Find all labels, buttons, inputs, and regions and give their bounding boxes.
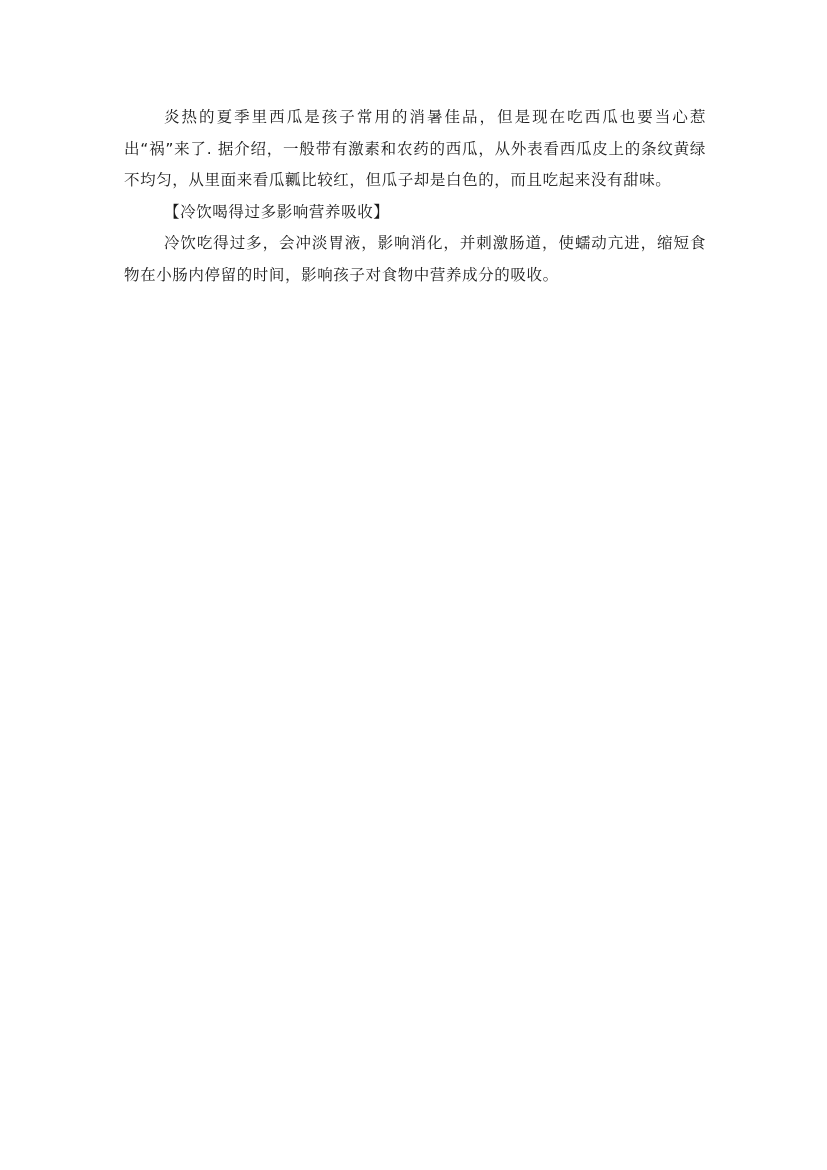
section-heading-cold-drinks: 【冷饮喝得过多影响营养吸收】	[124, 197, 706, 229]
paragraph-watermelon: 炎热的夏季里西瓜是孩子常用的消暑佳品，但是现在吃西瓜也要当心惹出“祸”来了. 据…	[124, 102, 706, 197]
paragraph-cold-drinks: 冷饮吃得过多，会冲淡胃液，影响消化，并刺激肠道，使蠕动亢进，缩短食物在小肠内停留…	[124, 228, 706, 291]
document-page: 炎热的夏季里西瓜是孩子常用的消暑佳品，但是现在吃西瓜也要当心惹出“祸”来了. 据…	[0, 0, 827, 1170]
document-body: 炎热的夏季里西瓜是孩子常用的消暑佳品，但是现在吃西瓜也要当心惹出“祸”来了. 据…	[124, 102, 706, 291]
